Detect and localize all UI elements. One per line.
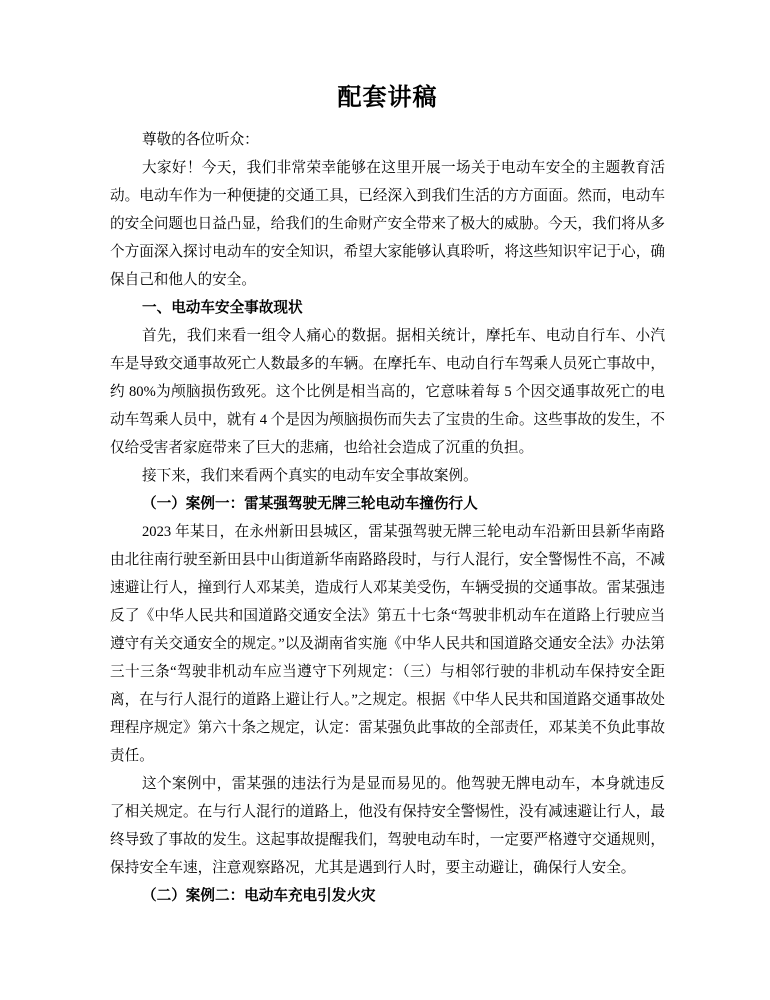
case-1-details-paragraph: 2023 年某日，在永州新田县城区，雷某强驾驶无牌三轮电动车沿新田县新华南路由北… (110, 518, 665, 770)
intro-paragraph: 大家好！今天，我们非常荣幸能够在这里开展一场关于电动车安全的主题教育活动。电动车… (110, 154, 665, 294)
document-page: 配套讲稿 尊敬的各位听众： 大家好！今天，我们非常荣幸能够在这里开展一场关于电动… (0, 0, 770, 1000)
accident-statistics-paragraph: 首先，我们来看一组令人痛心的数据。据相关统计，摩托车、电动自行车、小汽车是导致交… (110, 322, 665, 462)
salutation-line: 尊敬的各位听众： (110, 126, 665, 154)
case-intro-paragraph: 接下来，我们来看两个真实的电动车安全事故案例。 (110, 462, 665, 490)
case-2-heading: （二）案例二：电动车充电引发火灾 (110, 882, 665, 910)
case-1-analysis-paragraph: 这个案例中，雷某强的违法行为是显而易见的。他驾驶无牌电动车，本身就违反了相关规定… (110, 770, 665, 882)
document-title: 配套讲稿 (110, 82, 665, 114)
case-1-heading: （一）案例一：雷某强驾驶无牌三轮电动车撞伤行人 (110, 490, 665, 518)
section-1-heading: 一、电动车安全事故现状 (110, 294, 665, 322)
